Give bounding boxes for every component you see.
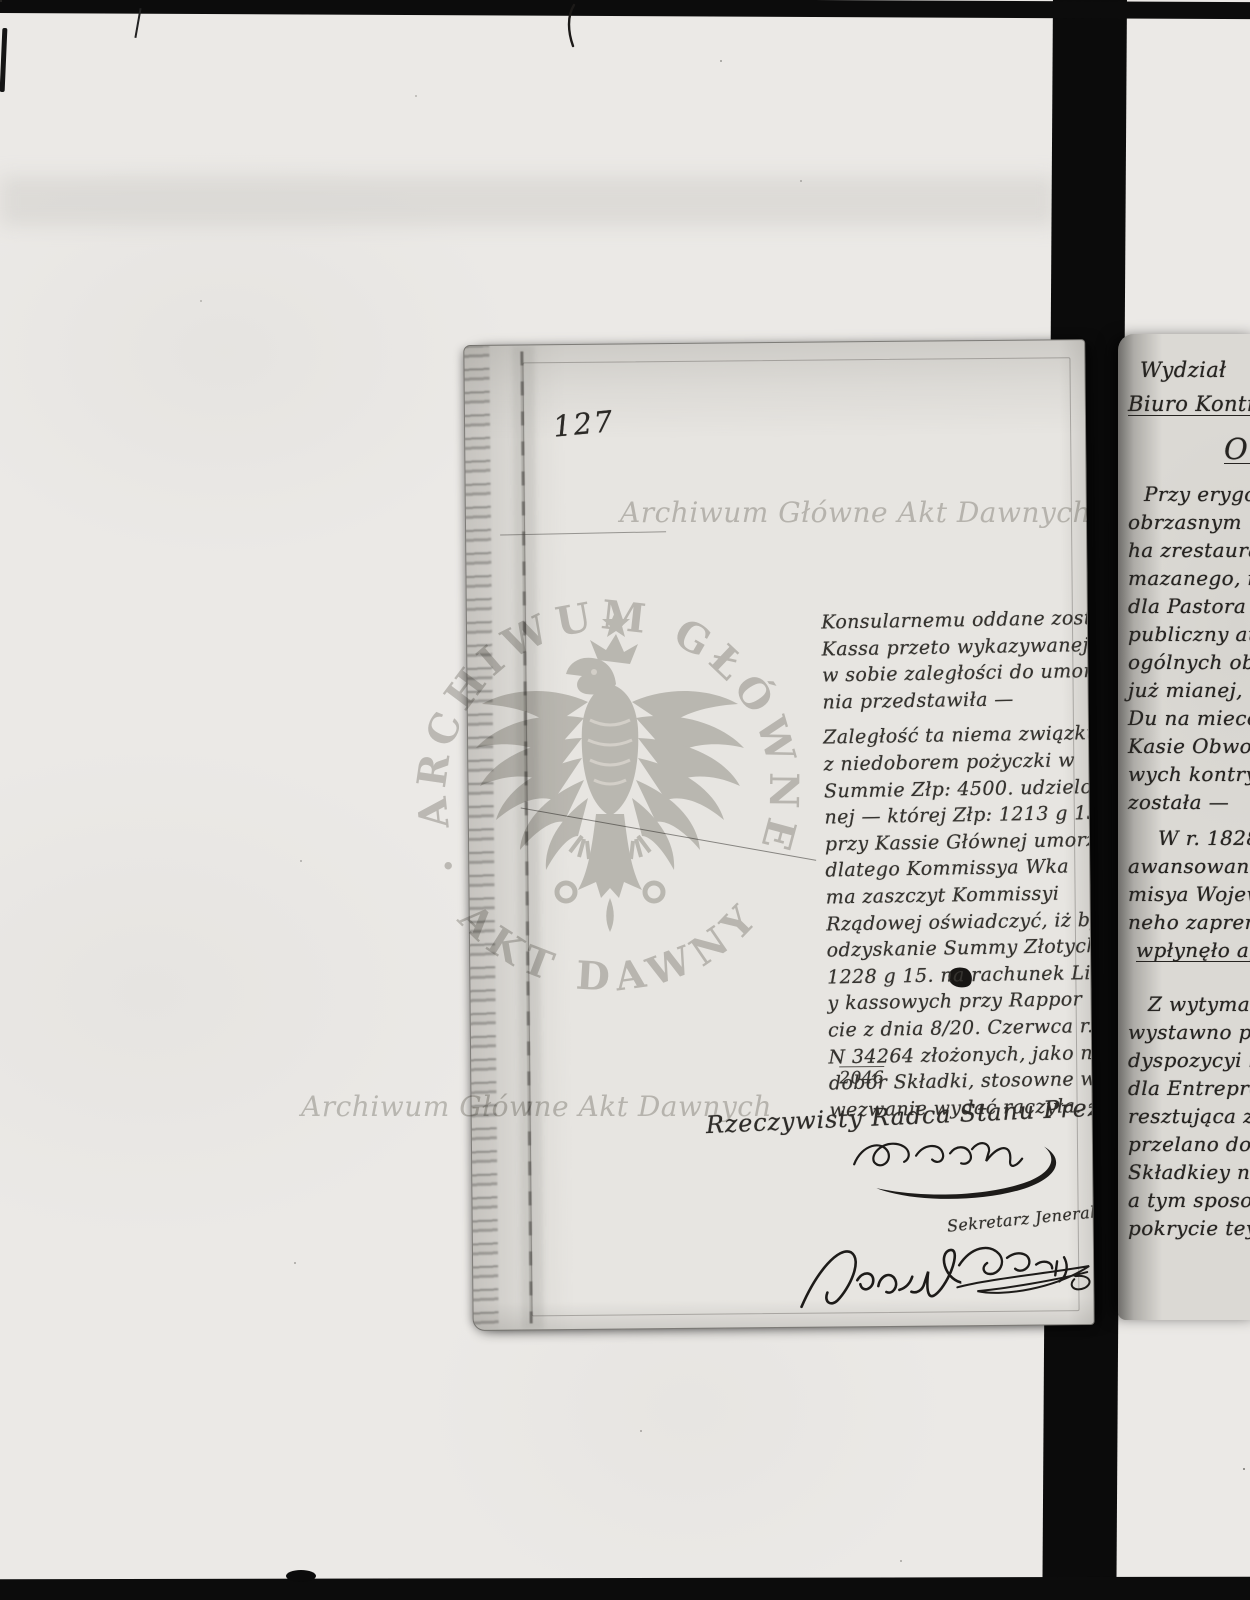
right-page-line: neho zaprenot [1128, 910, 1250, 938]
film-edge-top-bar [0, 0, 1250, 19]
right-page-line: W r. 1828. [1158, 826, 1250, 854]
right-page-header: Wydział [1140, 358, 1250, 386]
signature-swash [876, 1146, 1056, 1199]
handwritten-line: z niedoborem pożyczki w [823, 747, 1085, 778]
right-page-line: wystawno po [1128, 1020, 1250, 1048]
right-page-line: dla Pastora [1128, 594, 1250, 622]
right-page-line: mazanego, i [1128, 566, 1250, 594]
official-signature-left [791, 1235, 962, 1321]
scan-shade-band [0, 176, 1056, 226]
pen-hook-mark [560, 2, 584, 50]
handwritten-line: ma zaszczyt Kommissyi [826, 880, 1088, 911]
handwritten-line: cie z dnia 8/20. Czerwca r. b. [828, 1013, 1090, 1044]
right-page-header: Biuro Kontro [1128, 392, 1250, 420]
edge-mark-left [0, 28, 7, 92]
right-page-line: pokrycie tey u [1128, 1216, 1250, 1244]
right-page-line: resztująca za [1128, 1104, 1250, 1132]
right-page-line: ogólnych ob [1128, 650, 1250, 678]
right-page-line: Składkiey na [1128, 1160, 1250, 1188]
film-edge-bottom-bar [0, 1577, 1250, 1600]
right-page-line: dla Entrepren [1128, 1076, 1250, 1104]
right-page-line: misya Wojew [1128, 882, 1250, 910]
right-page-line: obrzasnym [1128, 510, 1250, 538]
left-document-page: 127 Konsularnemu oddane zostały — Kassa … [463, 339, 1094, 1331]
right-page-line: już mianej, i [1128, 678, 1250, 706]
handwritten-line: odzyskanie Summy Złotych [826, 933, 1088, 964]
handwritten-line: nia przedstawiła — [822, 685, 1084, 716]
right-page-line: Z wytyman [1148, 992, 1250, 1020]
right-page-line: wpłynęło ag [1136, 938, 1250, 966]
page-number: 127 [552, 404, 616, 444]
scanned-document-image: 127 Konsularnemu oddane zostały — Kassa … [0, 0, 1250, 1600]
right-page-line: awansowano [1128, 854, 1250, 882]
handwritten-line: w sobie zaległości do umorze [822, 658, 1084, 689]
handwritten-line: nej — której Złp: 1213 g 13. [824, 800, 1086, 831]
film-bottom-blob [286, 1570, 316, 1582]
right-page-line: ha zrestauraw [1128, 538, 1250, 566]
right-page-heading: Obw [1224, 432, 1250, 472]
right-page-line: przelano do Ka [1128, 1132, 1250, 1160]
handwritten-text-block: Konsularnemu oddane zostały — Kassa prze… [821, 605, 1091, 1124]
right-page-line: została — [1128, 790, 1250, 818]
dust-specks [0, 0, 2, 2]
president-signature-flourish [838, 1132, 1091, 1218]
handwritten-line: Konsularnemu oddane zostały — [821, 605, 1083, 636]
right-page-text-block: Wydział Biuro Kontro Obw Przy erygowa ob… [1128, 358, 1250, 1244]
right-page-line: publiczny au [1128, 622, 1250, 650]
right-book-page: Wydział Biuro Kontro Obw Przy erygowa ob… [1118, 334, 1250, 1320]
right-page-line: Kasie Obwodo [1128, 734, 1250, 762]
right-page-line: a tym sposobe [1128, 1188, 1250, 1216]
right-page-line: dyspozycyi b [1128, 1048, 1250, 1076]
right-page-line: Przy erygowa [1144, 482, 1250, 510]
right-page-line: Du na mieco [1128, 706, 1250, 734]
torn-paper-edge [463, 346, 498, 1330]
official-signature-right [951, 1238, 1095, 1311]
right-page-line: wych kontry [1128, 762, 1250, 790]
handwritten-line: y kassowych przy Rappor [827, 986, 1089, 1017]
reference-number-denominator: 2046 [839, 1066, 884, 1088]
